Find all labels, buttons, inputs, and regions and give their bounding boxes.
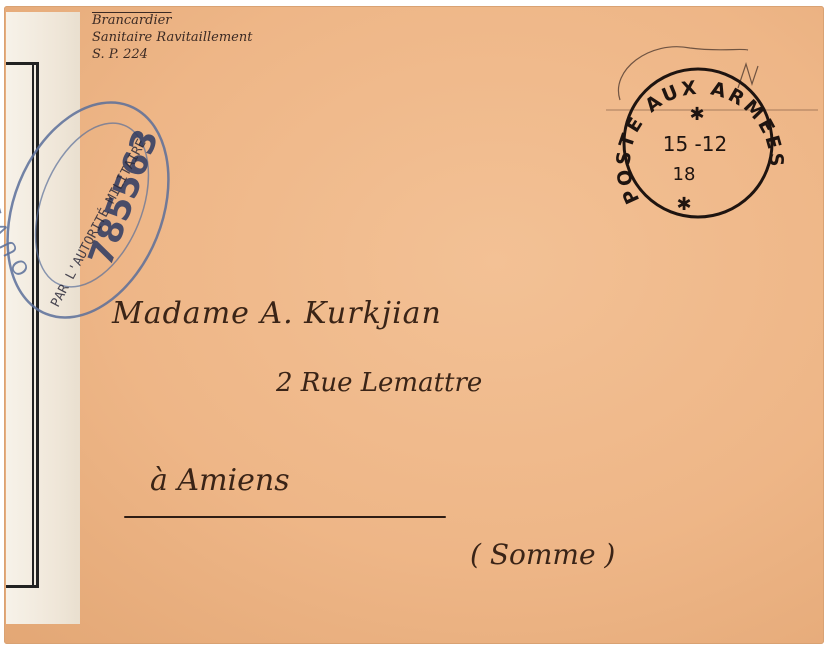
- recipient-street: 2 Rue Lemattre: [276, 368, 482, 398]
- sender-line: S. P. 224: [92, 46, 252, 63]
- city-underline: [124, 516, 446, 518]
- recipient-city: à Amiens: [150, 463, 290, 498]
- censor-tape-border: [6, 62, 39, 588]
- sender-line: Brancardier: [92, 12, 252, 29]
- recipient-department: ( Somme ): [470, 538, 615, 571]
- sender-line: Sanitaire Ravitaillement: [92, 29, 252, 46]
- recipient-name: Madame A. Kurkjian: [112, 296, 442, 331]
- sender-return-address: Brancardier Sanitaire Ravitaillement S. …: [92, 12, 252, 63]
- censor-tape-strip: [6, 12, 80, 624]
